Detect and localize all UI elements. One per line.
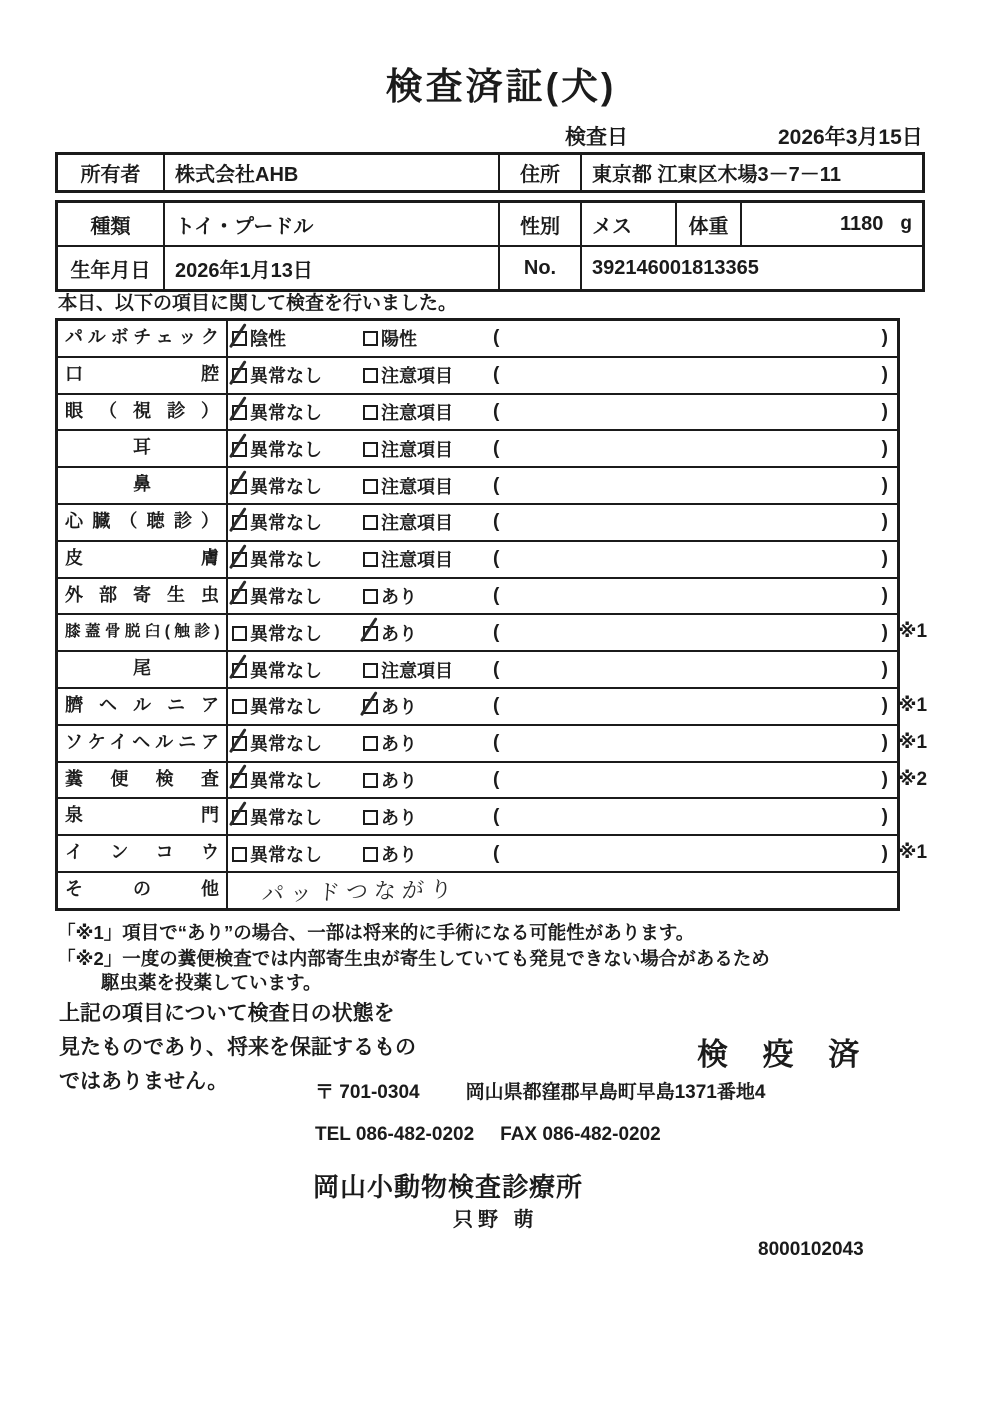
serial-number: 8000102043 — [758, 1239, 864, 1261]
paren-close: ) — [882, 659, 888, 681]
microchip-no-value: 392146001813365 — [580, 247, 922, 289]
clinic-address: 岡山県都窪郡早島町早島1371番地4 — [466, 1077, 766, 1104]
checklist-item-label: 尾 — [58, 652, 228, 687]
checklist-row: 鼻 異常なし 注意項目 ( ) — [58, 466, 897, 503]
option-2-label: あり — [381, 693, 417, 719]
option-1-label: 異常なし — [250, 473, 322, 499]
clinic-tel: TEL 086-482-0202 — [315, 1124, 474, 1146]
animal-table-row-1: 種類 トイ・プードル 性別 メス 体重 1180 g — [58, 203, 922, 247]
disclaimer-line-1: 上記の項目について検査日の状態を — [59, 997, 416, 1031]
clinic-fax: FAX 086-482-0202 — [500, 1124, 661, 1146]
paren-close: ) — [882, 511, 888, 533]
option-1-label: 異常なし — [250, 841, 322, 867]
animal-table-row-2: 生年月日 2026年1月13日 No. 392146001813365 — [58, 247, 922, 289]
breed-label: 種類 — [58, 203, 163, 245]
checkbox-unchecked-icon — [363, 368, 378, 383]
checklist-item-label: 外部寄生虫 — [58, 579, 228, 614]
checklist-row: ソケイヘルニア 異常なし あり ( ) ※1 — [58, 724, 897, 761]
paren-close: ) — [882, 327, 888, 349]
option-1: 異常なし — [232, 620, 363, 646]
paren-open: ( — [493, 475, 499, 497]
clinic-postal-line: 〒 701-0304 岡山県都窪郡早島町早島1371番地4 — [315, 1077, 765, 1104]
option-1: 異常なし — [232, 546, 363, 572]
option-1: 異常なし — [232, 583, 363, 609]
paren-open: ( — [493, 548, 499, 570]
postal-code: 〒 701-0304 — [315, 1077, 420, 1104]
footnote-ref: ※2 — [898, 768, 944, 791]
checkbox-unchecked-icon — [232, 626, 247, 641]
checklist-row: 臍ヘルニア 異常なし あり ( ) ※1 — [58, 687, 897, 724]
option-2: あり — [363, 841, 493, 867]
checkbox-checked-icon — [232, 331, 247, 346]
paren-open: ( — [493, 659, 499, 681]
checklist-row: 皮膚 異常なし 注意項目 ( ) — [58, 540, 897, 577]
checkbox-unchecked-icon — [363, 736, 378, 751]
option-2-label: 注意項目 — [381, 546, 453, 572]
checklist-row-content: 異常なし 注意項目 ( ) — [228, 395, 897, 430]
paren-close: ) — [882, 401, 888, 423]
checklist-table: パルボチェック 陰性 陽性 ( ) 口腔 異常なし — [55, 318, 900, 911]
checkbox-checked-icon — [232, 515, 247, 530]
checklist-item-label: 心臓（聴診） — [58, 505, 228, 540]
certificate-page: 検査済証(犬) 検査日 2026年3月15日 所有者 株式会社AHB 住所 東京… — [0, 0, 1002, 1421]
footnote-ref: ※1 — [898, 620, 944, 643]
option-2-label: あり — [381, 841, 417, 867]
checkbox-checked-icon — [232, 589, 247, 604]
remarks-field: ( ) — [493, 843, 897, 865]
checklist-row: 心臓（聴診） 異常なし 注意項目 ( ) — [58, 503, 897, 540]
paren-close: ) — [882, 364, 888, 386]
option-2: 陽性 — [363, 325, 493, 351]
checkbox-unchecked-icon — [363, 773, 378, 788]
option-2-label: あり — [381, 620, 417, 646]
option-1-label: 異常なし — [250, 583, 322, 609]
checklist-row: その他 パッドつながり — [58, 871, 897, 908]
paren-open: ( — [493, 364, 499, 386]
birthdate-value: 2026年1月13日 — [163, 247, 498, 289]
veterinarian-name: 只野 萌 — [453, 1203, 539, 1232]
clinic-name: 岡山小動物検査診療所 — [313, 1167, 583, 1204]
option-2-label: あり — [381, 804, 417, 830]
option-1-label: 異常なし — [250, 362, 322, 388]
paren-close: ) — [882, 548, 888, 570]
paren-open: ( — [493, 438, 499, 460]
option-2: 注意項目 — [363, 657, 493, 683]
checklist-item-label: 眼（視診） — [58, 395, 228, 430]
option-2-label: 注意項目 — [381, 509, 453, 535]
checkbox-checked-icon — [232, 479, 247, 494]
option-2-label: 陽性 — [381, 325, 417, 351]
checkbox-unchecked-icon — [363, 479, 378, 494]
option-2: あり — [363, 583, 493, 609]
option-1: 異常なし — [232, 841, 363, 867]
checklist-item-label: ソケイヘルニア — [58, 726, 228, 761]
option-1: 異常なし — [232, 399, 363, 425]
checklist-item-label: 耳 — [58, 431, 228, 466]
address-label: 住所 — [498, 155, 580, 190]
paren-open: ( — [493, 695, 499, 717]
checklist-item-label: 口腔 — [58, 358, 228, 393]
checklist-row-content: 陰性 陽性 ( ) — [228, 321, 897, 356]
paren-open: ( — [493, 511, 499, 533]
paren-close: ) — [882, 438, 888, 460]
footnote-ref: ※1 — [898, 731, 944, 754]
option-1-label: 異常なし — [250, 657, 322, 683]
checklist-row-content: 異常なし 注意項目 ( ) — [228, 542, 897, 577]
option-1-label: 異常なし — [250, 730, 322, 756]
checklist-row: 耳 異常なし 注意項目 ( ) — [58, 429, 897, 466]
checklist-row-content: パッドつながり — [228, 873, 897, 908]
option-1-label: 異常なし — [250, 509, 322, 535]
disclaimer-line-2: 見たものであり、将来を保証するもの — [59, 1031, 416, 1065]
footnote-2-continued: 駆虫薬を投薬しています。 — [101, 969, 322, 995]
option-2-label: 注意項目 — [381, 657, 453, 683]
paren-open: ( — [493, 769, 499, 791]
checklist-item-label: 膝蓋骨脱臼(触診) — [58, 615, 228, 650]
checklist-row-content: 異常なし 注意項目 ( ) — [228, 652, 897, 687]
inspection-date-label: 検査日 — [565, 121, 628, 151]
option-1: 異常なし — [232, 693, 363, 719]
owner-table: 所有者 株式会社AHB 住所 東京都 江東区木場3－7－11 — [55, 152, 925, 193]
option-2: あり — [363, 730, 493, 756]
option-1-label: 異常なし — [250, 399, 322, 425]
option-2-label: あり — [381, 583, 417, 609]
checkbox-unchecked-icon — [363, 589, 378, 604]
checklist-item-label: その他 — [58, 873, 228, 908]
option-1: 異常なし — [232, 436, 363, 462]
option-2: あり — [363, 693, 493, 719]
remarks-field: ( ) — [493, 585, 897, 607]
quarantine-stamp: 検 疫 済 — [697, 1029, 872, 1074]
checkbox-checked-icon — [232, 368, 247, 383]
option-1-label: 陰性 — [250, 325, 286, 351]
paren-open: ( — [493, 732, 499, 754]
option-1: 異常なし — [232, 473, 363, 499]
option-1-label: 異常なし — [250, 546, 322, 572]
option-1: 異常なし — [232, 804, 363, 830]
paren-close: ) — [882, 769, 888, 791]
paren-close: ) — [882, 695, 888, 717]
remarks-field: ( ) — [493, 511, 897, 533]
checklist-item-label: 臍ヘルニア — [58, 689, 228, 724]
remarks-field: ( ) — [493, 438, 897, 460]
remarks-field: ( ) — [493, 806, 897, 828]
option-1-label: 異常なし — [250, 436, 322, 462]
checklist-row: パルボチェック 陰性 陽性 ( ) — [58, 321, 897, 356]
weight-unit: g — [900, 213, 912, 235]
checkbox-unchecked-icon — [363, 810, 378, 825]
checklist-item-label: パルボチェック — [58, 321, 228, 356]
option-2-label: 注意項目 — [381, 473, 453, 499]
checklist-row-content: 異常なし 注意項目 ( ) — [228, 468, 897, 503]
option-1-label: 異常なし — [250, 767, 322, 793]
checkbox-checked-icon — [232, 736, 247, 751]
option-2: 注意項目 — [363, 473, 493, 499]
checkbox-unchecked-icon — [232, 847, 247, 862]
paren-open: ( — [493, 843, 499, 865]
paren-open: ( — [493, 327, 499, 349]
paren-open: ( — [493, 401, 499, 423]
paren-close: ) — [882, 806, 888, 828]
checklist-item-label: インコウ — [58, 836, 228, 871]
footnote-ref: ※1 — [898, 694, 944, 717]
microchip-no-label: No. — [498, 247, 580, 289]
paren-open: ( — [493, 622, 499, 644]
remarks-field: ( ) — [493, 659, 897, 681]
paren-close: ) — [882, 843, 888, 865]
checklist-row-content: 異常なし あり ( ) — [228, 579, 897, 614]
option-2: 注意項目 — [363, 399, 493, 425]
option-2-label: あり — [381, 767, 417, 793]
checkbox-unchecked-icon — [363, 847, 378, 862]
option-2-label: あり — [381, 730, 417, 756]
checkbox-unchecked-icon — [363, 515, 378, 530]
checkbox-checked-icon — [363, 699, 378, 714]
option-1: 異常なし — [232, 730, 363, 756]
option-1-label: 異常なし — [250, 804, 322, 830]
remarks-field: ( ) — [493, 364, 897, 386]
checklist-row: 膝蓋骨脱臼(触診) 異常なし あり ( ) ※1 — [58, 613, 897, 650]
option-1: 異常なし — [232, 767, 363, 793]
animal-table: 種類 トイ・プードル 性別 メス 体重 1180 g 生年月日 2026年1月1… — [55, 200, 925, 292]
remarks-field: ( ) — [493, 401, 897, 423]
paren-close: ) — [882, 622, 888, 644]
weight-number: 1180 — [840, 213, 883, 236]
checklist-item-label: 鼻 — [58, 468, 228, 503]
option-1-label: 異常なし — [250, 620, 322, 646]
intro-text: 本日、以下の項目に関して検査を行いました。 — [58, 288, 457, 315]
checkbox-checked-icon — [232, 773, 247, 788]
checkbox-unchecked-icon — [363, 663, 378, 678]
paren-open: ( — [493, 585, 499, 607]
checklist-row-content: 異常なし あり ( ) — [228, 726, 897, 761]
owner-label: 所有者 — [58, 155, 163, 190]
checklist-row: 泉門 異常なし あり ( ) — [58, 797, 897, 834]
remarks-field: ( ) — [493, 327, 897, 349]
checkbox-unchecked-icon — [363, 405, 378, 420]
paren-close: ) — [882, 732, 888, 754]
checklist-row-content: 異常なし あり ( ) — [228, 689, 897, 724]
checklist-item-label: 皮膚 — [58, 542, 228, 577]
option-1: 異常なし — [232, 509, 363, 535]
footnote-ref: ※1 — [898, 841, 944, 864]
remarks-field: ( ) — [493, 475, 897, 497]
checkbox-unchecked-icon — [363, 552, 378, 567]
weight-value: 1180 g — [740, 203, 922, 245]
checkbox-checked-icon — [232, 810, 247, 825]
checklist-row-content: 異常なし あり ( ) — [228, 763, 897, 798]
remarks-field: ( ) — [493, 695, 897, 717]
option-2-label: 注意項目 — [381, 362, 453, 388]
footnote-1: 「※1」項目で“あり”の場合、一部は将来的に手術になる可能性があります。 — [57, 919, 694, 945]
checklist-row: 糞便検査 異常なし あり ( ) ※2 — [58, 761, 897, 798]
checkbox-checked-icon — [232, 442, 247, 457]
checklist-row-content: 異常なし 注意項目 ( ) — [228, 505, 897, 540]
sex-value: メス — [580, 203, 675, 245]
option-2: 注意項目 — [363, 436, 493, 462]
option-2-label: 注意項目 — [381, 399, 453, 425]
birthdate-label: 生年月日 — [58, 247, 163, 289]
checklist-item-label: 泉門 — [58, 799, 228, 834]
checklist-row-content: 異常なし あり ( ) — [228, 615, 897, 650]
option-2: あり — [363, 620, 493, 646]
checklist-row: 眼（視診） 異常なし 注意項目 ( ) — [58, 393, 897, 430]
checkbox-unchecked-icon — [363, 331, 378, 346]
clinic-tel-line: TEL 086-482-0202 FAX 086-482-0202 — [315, 1124, 661, 1146]
option-2: 注意項目 — [363, 509, 493, 535]
option-2: 注意項目 — [363, 362, 493, 388]
checkbox-checked-icon — [363, 626, 378, 641]
remarks-field: ( ) — [493, 622, 897, 644]
checklist-row-content: 異常なし あり ( ) — [228, 836, 897, 871]
checklist-row-content: 異常なし 注意項目 ( ) — [228, 358, 897, 393]
address-value: 東京都 江東区木場3－7－11 — [580, 155, 922, 190]
remarks-field: ( ) — [493, 732, 897, 754]
checkbox-checked-icon — [232, 663, 247, 678]
checkbox-unchecked-icon — [363, 442, 378, 457]
remarks-field: ( ) — [493, 769, 897, 791]
option-2: 注意項目 — [363, 546, 493, 572]
checkbox-checked-icon — [232, 552, 247, 567]
option-1: 異常なし — [232, 657, 363, 683]
option-1: 陰性 — [232, 325, 363, 351]
option-2: あり — [363, 804, 493, 830]
checklist-row-content: 異常なし 注意項目 ( ) — [228, 431, 897, 466]
paren-close: ) — [882, 585, 888, 607]
checklist-row-content: 異常なし あり ( ) — [228, 799, 897, 834]
weight-label: 体重 — [675, 203, 740, 245]
sex-label: 性別 — [498, 203, 580, 245]
checklist-row: 尾 異常なし 注意項目 ( ) — [58, 650, 897, 687]
checklist-item-label: 糞便検査 — [58, 763, 228, 798]
remarks-field: ( ) — [493, 548, 897, 570]
option-1-label: 異常なし — [250, 693, 322, 719]
handwritten-result: パッドつながり — [261, 872, 459, 908]
option-1: 異常なし — [232, 362, 363, 388]
checklist-row: 口腔 異常なし 注意項目 ( ) — [58, 356, 897, 393]
owner-value: 株式会社AHB — [163, 155, 498, 190]
footnote-2: 「※2」一度の糞便検査では内部寄生虫が寄生していても発見できない場合があるため — [57, 945, 770, 971]
paren-close: ) — [882, 475, 888, 497]
breed-value: トイ・プードル — [163, 203, 498, 245]
checklist-row: 外部寄生虫 異常なし あり ( ) — [58, 577, 897, 614]
checkbox-checked-icon — [232, 405, 247, 420]
checklist-row: インコウ 異常なし あり ( ) ※1 — [58, 834, 897, 871]
checkbox-unchecked-icon — [232, 699, 247, 714]
page-title: 検査済証(犬) — [0, 56, 1002, 110]
paren-open: ( — [493, 806, 499, 828]
option-2-label: 注意項目 — [381, 436, 453, 462]
inspection-date-value: 2026年3月15日 — [778, 121, 923, 151]
option-2: あり — [363, 767, 493, 793]
